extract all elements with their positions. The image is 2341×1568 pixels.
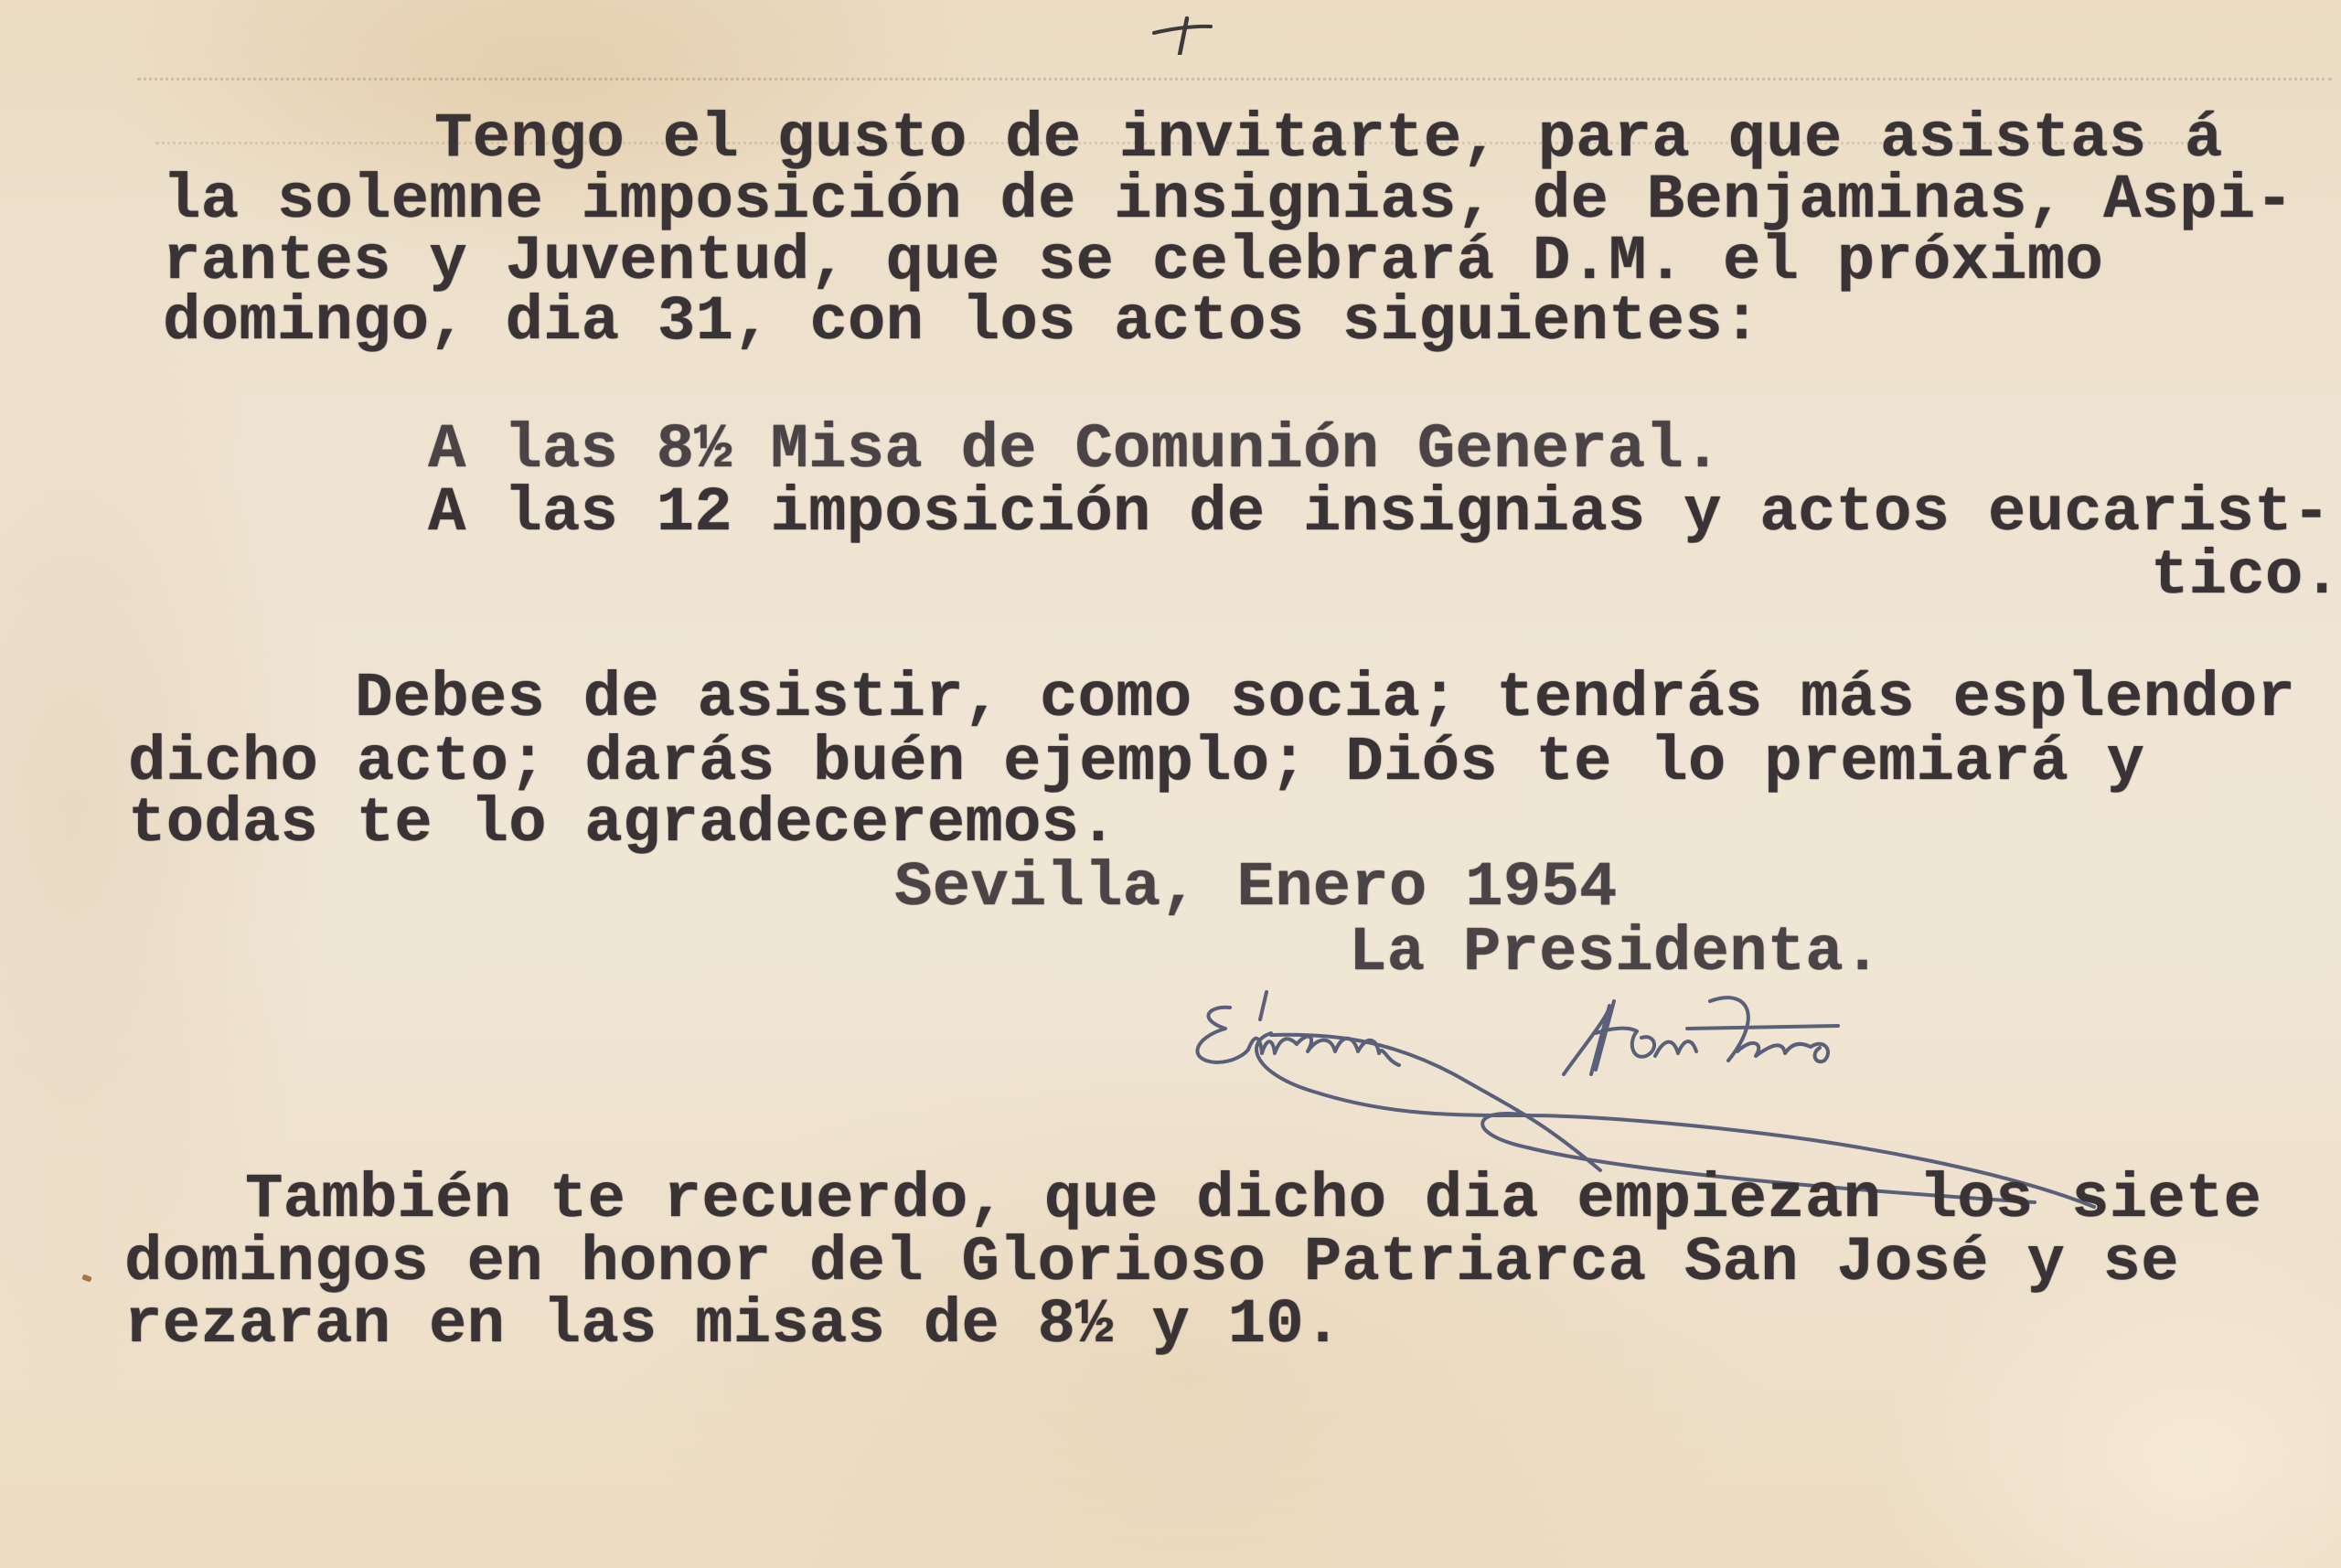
paragraph-line: Debes de asistir, como socia; tendrás má… — [355, 667, 2295, 731]
signature-text: Encarna Montero — [1180, 987, 1188, 988]
schedule-item-insignias: A las 12 imposición de insignias y actos… — [428, 482, 2330, 545]
schedule-item-continuation: tico. — [2151, 545, 2341, 608]
signatory-title: La Presidenta. — [1349, 922, 1882, 985]
paragraph-line: domingo, dia 31, con los actos siguiente… — [163, 291, 1760, 354]
schedule-item-mass: A las 8½ Misa de Comunión General. — [428, 419, 1722, 482]
paragraph-line: rantes y Juventud, que se celebrará D.M.… — [163, 230, 2103, 293]
paragraph-line: También te recuerdo, que dicho dia empie… — [245, 1168, 2261, 1232]
paragraph-line: domingos en honor del Glorioso Patriarca… — [124, 1232, 2179, 1295]
faint-typing-rule — [137, 78, 2332, 80]
paragraph-line: la solemne imposición de insignias, de B… — [163, 169, 2293, 232]
paragraph-line: todas te lo agradeceremos. — [128, 793, 1117, 856]
cross-icon — [1150, 9, 1214, 55]
place-date: Sevilla, Enero 1954 — [894, 857, 1618, 920]
paragraph-line: rezaran en las misas de 8½ y 10. — [124, 1294, 1342, 1357]
paragraph-line: dicho acto; darás buén ejemplo; Diós te … — [128, 731, 2144, 795]
paragraph-line: Tengo el gusto de invitarte, para que as… — [434, 108, 2223, 171]
